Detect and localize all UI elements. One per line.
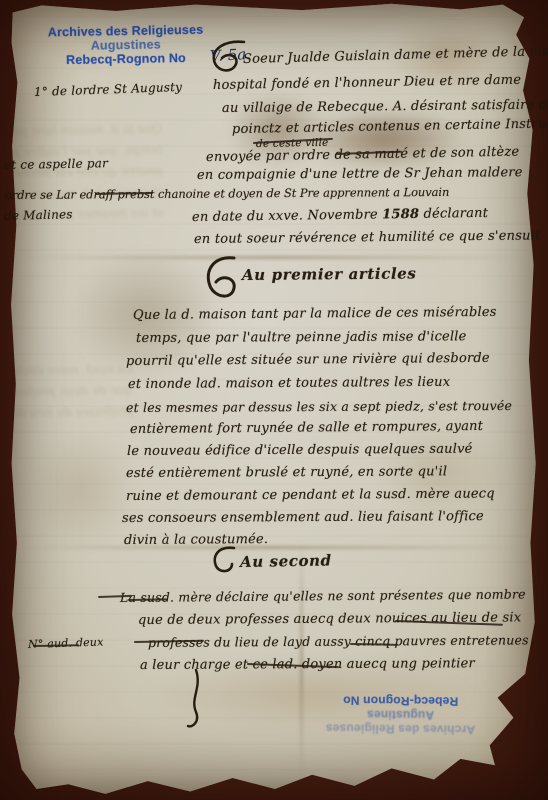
handwritten-line: et les mesmes par dessus les six a sept … [126, 398, 512, 415]
section-heading-second-article: Au second [240, 551, 332, 571]
section-heading-first-article: Au premier articles [242, 264, 417, 284]
archive-stamp-bottom: Archives des Religieuses Augustines Rebe… [308, 693, 493, 737]
handwritten-line: en compaignie d'une lettre de Sr Jehan m… [197, 165, 523, 183]
stamp-line: Rebecq-Rognon No [308, 693, 493, 709]
date-suffix: déclarant [419, 206, 488, 222]
margin-note: et ce aspelle par [4, 156, 108, 172]
handwritten-line: et inonde lad. maison et toutes aultres … [128, 375, 450, 392]
manuscript-photo: Que la d. maison tant par la malice de c… [0, 0, 548, 800]
margin-note: de Malines [4, 207, 73, 223]
date-year: 1588 [382, 207, 419, 223]
handwritten-line: esté entièrement bruslé et ruyné, en sor… [126, 464, 447, 481]
handwritten-line: divin à la coustumée. [124, 532, 268, 548]
handwritten-line: ses consoeurs ensemblement aud. lieu fai… [122, 509, 484, 526]
stamp-line: Augustines [48, 37, 204, 54]
stamp-line: Augustines [308, 707, 493, 723]
handwritten-line: professes du lieu de layd aussy cincq pa… [148, 632, 529, 650]
handwritten-line: pourril qu'elle est située sur une riviè… [126, 351, 490, 369]
stamp-line: Rebecq-Rognon No [48, 51, 204, 68]
handwritten-line: Que la d. maison tant par la malice de c… [133, 305, 497, 323]
handwritten-line: le nouveau édifice d'icelle despuis quel… [127, 442, 473, 459]
handwritten-line: entièrement fort ruynée de salle et romp… [130, 419, 483, 437]
stamp-line: Archives des Religieuses [308, 721, 493, 737]
handwritten-line: que de deux professes auecq deux nouices… [138, 610, 521, 628]
handwritten-line: temps, que par l'aultre peinne jadis mis… [136, 329, 467, 346]
archive-stamp-top: Archives des Religieuses Augustines Rebe… [48, 23, 204, 68]
margin-note: N° aud. deux [28, 635, 104, 651]
date-prefix: en date du xxve. Novembre [192, 207, 382, 225]
handwritten-line: ruine et demourant ce pendant et la susd… [126, 486, 495, 504]
